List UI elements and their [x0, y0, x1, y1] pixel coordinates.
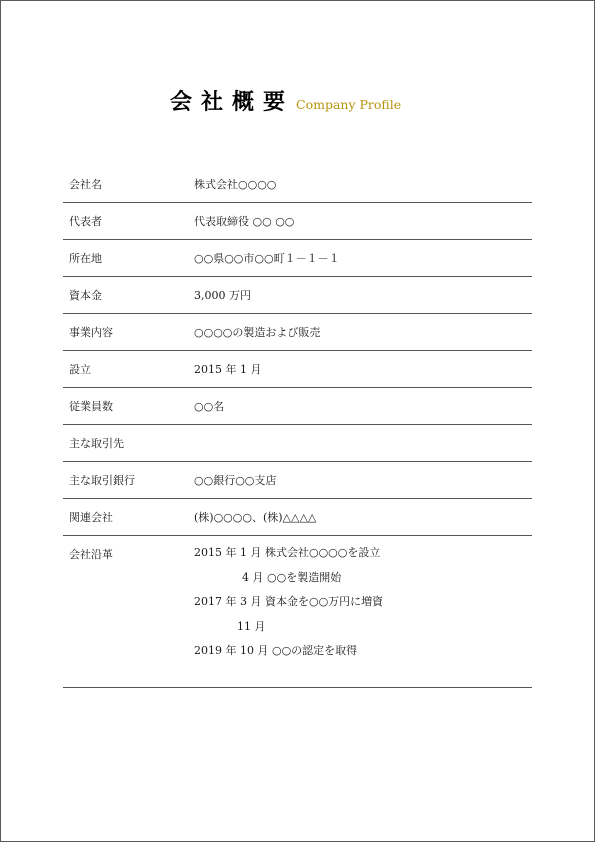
- row-label: 主な取引銀行: [63, 472, 194, 488]
- history-entry: 11 月: [194, 620, 532, 645]
- row-label: 資本金: [63, 287, 194, 303]
- table-row-clients: 主な取引先: [63, 425, 532, 462]
- history-entry: 2017 年 3 月 資本金を○○万円に増資: [194, 595, 532, 620]
- row-value: 2015 年 1 月: [194, 361, 532, 377]
- table-row-banks: 主な取引銀行 ○○銀行○○支店: [63, 462, 532, 499]
- row-value: ○○名: [194, 398, 532, 414]
- table-row-address: 所在地 ○○県○○市○○町１－１－１: [63, 240, 532, 277]
- company-profile-table: 会社名 株式会社○○○○ 代表者 代表取締役 ○○ ○○ 所在地 ○○県○○市○…: [63, 166, 532, 688]
- row-label: 従業員数: [63, 398, 194, 414]
- table-row-representative: 代表者 代表取締役 ○○ ○○: [63, 203, 532, 240]
- history-entry: 4 月 ○○を製造開始: [194, 571, 532, 596]
- page-header: 会社概要 Company Profile: [170, 85, 401, 116]
- table-row-affiliates: 関連会社 (株)○○○○、(株)△△△△: [63, 499, 532, 536]
- row-value: ○○○○の製造および販売: [194, 324, 532, 340]
- row-label: 代表者: [63, 213, 194, 229]
- document-page: 会社概要 Company Profile 会社名 株式会社○○○○ 代表者 代表…: [0, 0, 595, 842]
- table-row-business: 事業内容 ○○○○の製造および販売: [63, 314, 532, 351]
- row-label: 事業内容: [63, 324, 194, 340]
- table-row-employees: 従業員数 ○○名: [63, 388, 532, 425]
- page-title: 会社概要: [170, 85, 294, 116]
- row-value: (株)○○○○、(株)△△△△: [194, 509, 532, 525]
- row-label: 会社沿革: [63, 546, 194, 562]
- table-row-history: 会社沿革 2015 年 1 月 株式会社○○○○を設立 4 月 ○○を製造開始 …: [63, 536, 532, 688]
- row-value: ○○銀行○○支店: [194, 472, 532, 488]
- page-subtitle: Company Profile: [296, 97, 401, 112]
- row-value: ○○県○○市○○町１－１－１: [194, 250, 532, 266]
- row-value: 株式会社○○○○: [194, 176, 532, 192]
- row-label: 設立: [63, 361, 194, 377]
- history-entry: 2015 年 1 月 株式会社○○○○を設立: [194, 546, 532, 571]
- row-value: 3,000 万円: [194, 287, 532, 303]
- row-value: 代表取締役 ○○ ○○: [194, 213, 532, 229]
- row-label: 主な取引先: [63, 435, 194, 451]
- row-label: 会社名: [63, 176, 194, 192]
- row-label: 所在地: [63, 250, 194, 266]
- table-row-established: 設立 2015 年 1 月: [63, 351, 532, 388]
- table-row-company-name: 会社名 株式会社○○○○: [63, 166, 532, 203]
- table-row-capital: 資本金 3,000 万円: [63, 277, 532, 314]
- history-list: 2015 年 1 月 株式会社○○○○を設立 4 月 ○○を製造開始 2017 …: [194, 546, 532, 669]
- row-label: 関連会社: [63, 509, 194, 525]
- history-entry: 2019 年 10 月 ○○の認定を取得: [194, 644, 532, 669]
